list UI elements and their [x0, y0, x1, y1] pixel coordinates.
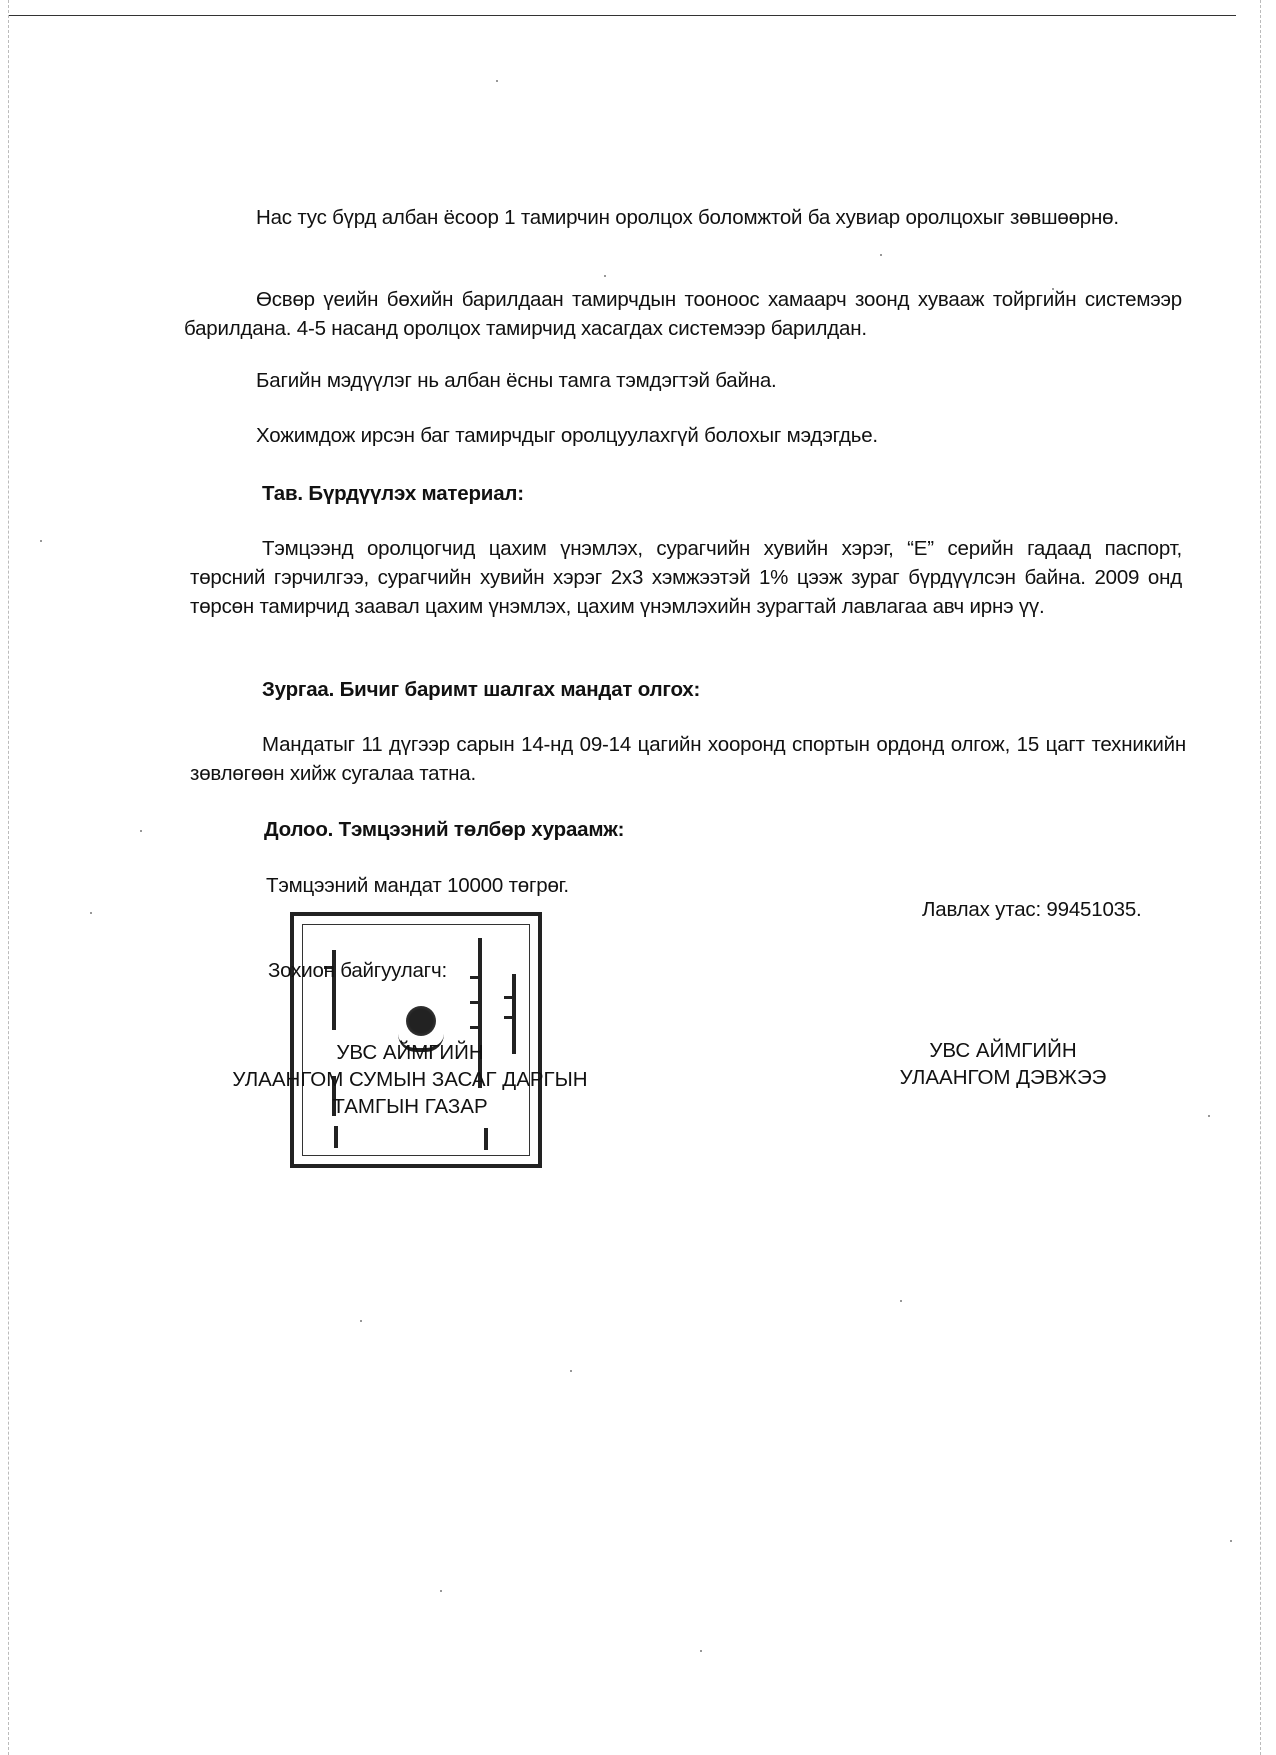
- soyombo-emblem-icon: [406, 1006, 436, 1036]
- signatory-left: УВС АЙМГИЙН УЛААНГОМ СУМЫН ЗАСАГ ДАРГЫН …: [190, 1039, 630, 1120]
- contact-phone: Лавлах утас: 99451035.: [922, 895, 1142, 924]
- signatory-right-line-1: УВС АЙМГИЙН: [868, 1037, 1138, 1064]
- paragraph-late-teams: Хожимдож ирсэн баг тамирчдыг оролцуулахг…: [184, 421, 1182, 450]
- signatory-right: УВС АЙМГИЙН УЛААНГОМ ДЭВЖЭЭ: [868, 1037, 1138, 1091]
- signatory-left-line-1: УВС АЙМГИЙН: [190, 1039, 630, 1066]
- section-6-heading: Зургаа. Бичиг баримт шалгах мандат олгох…: [262, 675, 700, 704]
- section-5-heading: Тав. Бүрдүүлэх материал:: [262, 479, 524, 508]
- section-7-body: Тэмцээний мандат 10000 төгрөг.: [266, 871, 569, 900]
- signatory-left-line-2: УЛААНГОМ СУМЫН ЗАСАГ ДАРГЫН: [190, 1066, 630, 1093]
- signatory-left-line-3: ТАМГЫН ГАЗАР: [190, 1093, 630, 1120]
- scan-right-edge: [1260, 0, 1261, 1755]
- scan-top-edge-line: [8, 15, 1236, 16]
- section-6-body: Мандатыг 11 дүгээр сарын 14-нд 09-14 цаг…: [190, 730, 1186, 788]
- scan-left-edge: [8, 0, 9, 1755]
- signatory-right-line-2: УЛААНГОМ ДЭВЖЭЭ: [868, 1064, 1138, 1091]
- section-7-heading: Долоо. Тэмцээний төлбөр хураамж:: [264, 815, 624, 844]
- paragraph-participants: Нас тус бүрд албан ёсоор 1 тамирчин орол…: [184, 203, 1182, 232]
- paragraph-team-registration: Багийн мэдүүлэг нь албан ёсны тамга тэмд…: [184, 366, 1182, 395]
- section-5-body: Тэмцээнд оролцогчид цахим үнэмлэх, сураг…: [190, 534, 1182, 621]
- organizer-label: Зохион байгуулагч:: [268, 956, 447, 985]
- paragraph-system: Өсвөр үеийн бөхийн барилдаан тамирчдын т…: [184, 285, 1182, 343]
- document-page: Нас тус бүрд албан ёсоор 1 тамирчин орол…: [0, 0, 1276, 1755]
